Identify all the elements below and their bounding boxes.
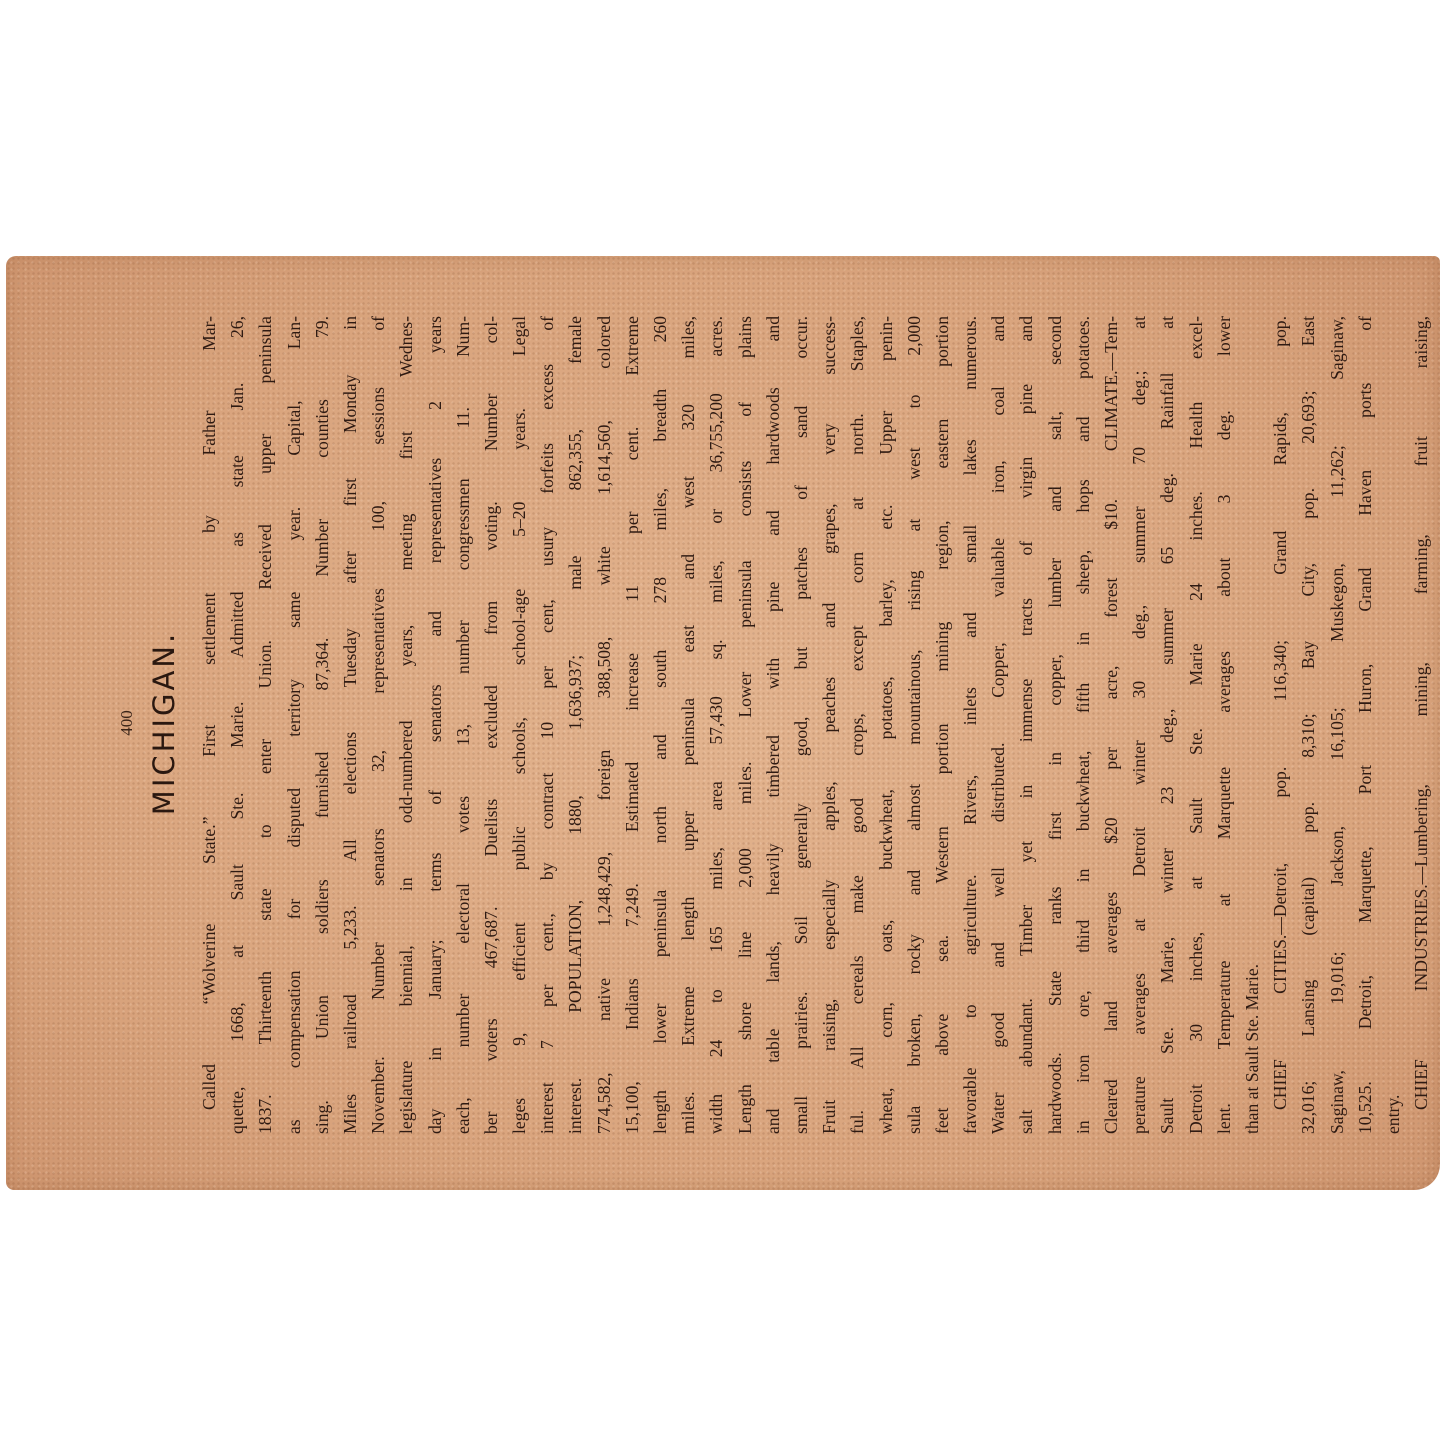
rotated-page: 400 MICHIGAN. Called “Wolverine State.” …: [103, 308, 1343, 1138]
text-line: 32,016; Lansing (capital) pop. 8,310; Ba…: [1294, 316, 1322, 1134]
text-line: Cleared land averages $20 per acre, fore…: [1097, 316, 1125, 1134]
text-line: as compensation for disputed territory s…: [280, 316, 308, 1134]
text-line: in iron ore, third in buckwheat, fifth i…: [1069, 316, 1097, 1134]
text-line: wheat, corn, oats, buckwheat, potatoes, …: [872, 316, 900, 1134]
text-line: ful. All cereals make good crops, except…: [843, 316, 871, 1134]
text-line: hardwoods. State ranks first in copper, …: [1041, 316, 1069, 1134]
text-line: CHIEF INDUSTRIES.—Lumbering, mining, far…: [1407, 316, 1435, 1134]
text-line: sula broken, rocky and almost mountainou…: [900, 316, 928, 1134]
text-line: Water good and well distributed. Copper,…: [984, 316, 1012, 1134]
text-line: interest. POPULATION, 1880, 1,636,937; m…: [561, 316, 589, 1134]
text-line: entry.: [1379, 316, 1407, 1134]
body-text: Called “Wolverine State.” First settleme…: [195, 308, 1440, 1138]
text-line: legislature biennial, in odd-numbered ye…: [392, 316, 420, 1134]
text-line: miles. Extreme length upper peninsula ea…: [674, 316, 702, 1134]
text-line: Length shore line 2,000 miles. Lower pen…: [731, 316, 759, 1134]
text-line: interest 7 per cent., by contract 10 per…: [533, 316, 561, 1134]
text-line: sing. Union soldiers furnished 87,364. N…: [308, 316, 336, 1134]
text-line: Sault Ste. Marie, winter 23 deg., summer…: [1153, 316, 1181, 1134]
text-line: favorable to agriculture. Rivers, inlets…: [956, 316, 984, 1134]
text-line: 15,100, Indians 7,249. Estimated increas…: [618, 316, 646, 1134]
text-line: leges 9, efficient public schools, schoo…: [505, 316, 533, 1134]
text-line: length lower peninsula north and south 2…: [646, 316, 674, 1134]
text-line: manufacturing, fishing, etc.: [1435, 316, 1440, 1134]
text-line: each, number electoral votes 13, number …: [449, 316, 477, 1134]
text-line: day in January; terms of senators and re…: [421, 316, 449, 1134]
text-line: Detroit 30 inches, at Sault Ste. Marie 2…: [1182, 316, 1210, 1134]
text-line: and table lands, heavily timbered with p…: [759, 316, 787, 1134]
text-line: salt abundant. Timber yet in immense tra…: [1012, 316, 1040, 1134]
text-line: feet above sea. Western portion mining r…: [928, 316, 956, 1134]
text-line: Miles railroad 5,233. All elections Tues…: [336, 316, 364, 1134]
page-number: 400: [117, 308, 139, 1138]
page-title: MICHIGAN.: [147, 308, 191, 1138]
text-line: than at Sault Ste. Marie.: [1238, 316, 1266, 1134]
text-line: 10,525. Detroit, Marquette, Port Huron, …: [1351, 316, 1379, 1134]
document-card: 400 MICHIGAN. Called “Wolverine State.” …: [6, 256, 1440, 1190]
text-line: ber voters 467,687. Duelists excluded fr…: [477, 316, 505, 1134]
text-line: Called “Wolverine State.” First settleme…: [195, 316, 223, 1134]
text-line: perature averages at Detroit winter 30 d…: [1125, 316, 1153, 1134]
text-line: lent. Temperature at Marquette averages …: [1210, 316, 1238, 1134]
text-line: 1837. Thirteenth state to enter Union. R…: [251, 316, 279, 1134]
text-line: CHIEF CITIES.—Detroit, pop. 116,340; Gra…: [1266, 316, 1294, 1134]
text-line: width 24 to 165 miles, area 57,430 sq. m…: [702, 316, 730, 1134]
text-line: quette, 1668, at Sault Ste. Marie. Admit…: [223, 316, 251, 1134]
text-line: Saginaw, 19,016; Jackson, 16,105; Muskeg…: [1323, 316, 1351, 1134]
text-line: 774,582, native 1,248,429, foreign 388,5…: [590, 316, 618, 1134]
text-line: November. Number senators 32, representa…: [364, 316, 392, 1134]
text-line: small prairies. Soil generally good, but…: [787, 316, 815, 1134]
text-line: Fruit raising, especially apples, peache…: [815, 316, 843, 1134]
